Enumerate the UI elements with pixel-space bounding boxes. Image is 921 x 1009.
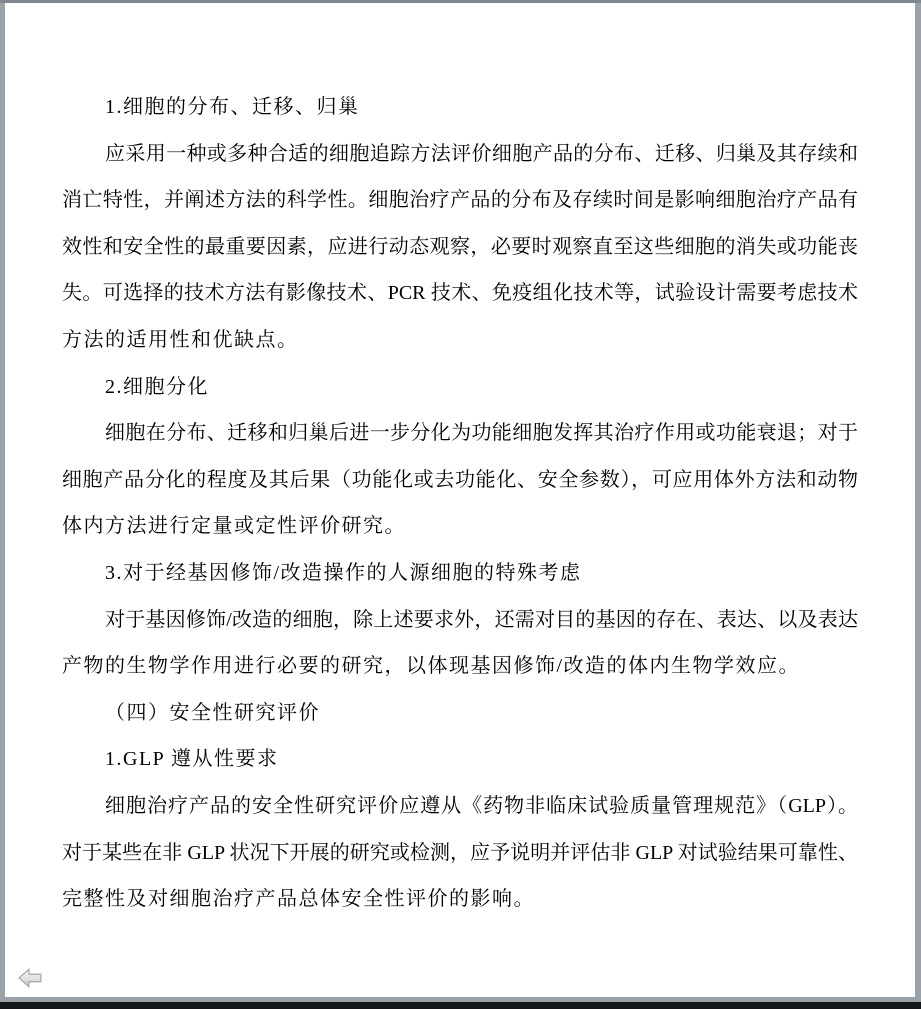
text-line: 1.GLP 遵从性要求 [62, 736, 858, 783]
left-arrow-icon [18, 968, 42, 988]
document-content: 1.细胞的分布、迁移、归巢应采用一种或多种合适的细胞追踪方法评价细胞产品的分布、… [62, 84, 858, 923]
document-page: 1.细胞的分布、迁移、归巢应采用一种或多种合适的细胞追踪方法评价细胞产品的分布、… [5, 3, 915, 997]
text-line: 3.对于经基因修饰/改造操作的人源细胞的特殊考虑 [62, 550, 858, 597]
text-line: 应采用一种或多种合适的细胞追踪方法评价细胞产品的分布、迁移、归巢及其存续和 [62, 131, 858, 178]
text-line: 对于基因修饰/改造的细胞，除上述要求外，还需对目的基因的存在、表达、以及表达 [62, 597, 858, 644]
bottom-bar [0, 1002, 921, 1009]
text-line: 完整性及对细胞治疗产品总体安全性评价的影响。 [62, 876, 858, 923]
text-line: 方法的适用性和优缺点。 [62, 317, 858, 364]
text-line: 对于某些在非 GLP 状况下开展的研究或检测，应予说明并评估非 GLP 对试验结… [62, 830, 858, 877]
text-line: 体内方法进行定量或定性评价研究。 [62, 503, 858, 550]
text-line: 2.细胞分化 [62, 364, 858, 411]
text-line: 消亡特性，并阐述方法的科学性。细胞治疗产品的分布及存续时间是影响细胞治疗产品有 [62, 177, 858, 224]
text-line: 1.细胞的分布、迁移、归巢 [62, 84, 858, 131]
text-line: 失。可选择的技术方法有影像技术、PCR 技术、免疫组化技术等，试验设计需要考虑技… [62, 270, 858, 317]
back-button[interactable] [18, 968, 46, 992]
text-line: 效性和安全性的最重要因素，应进行动态观察，必要时观察直至这些细胞的消失或功能丧 [62, 224, 858, 271]
text-line: 细胞治疗产品的安全性研究评价应遵从《药物非临床试验质量管理规范》（GLP）。 [62, 783, 858, 830]
text-line: 细胞产品分化的程度及其后果（功能化或去功能化、安全参数），可应用体外方法和动物 [62, 457, 858, 504]
text-line: 细胞在分布、迁移和归巢后进一步分化为功能细胞发挥其治疗作用或功能衰退；对于 [62, 410, 858, 457]
text-line: 产物的生物学作用进行必要的研究，以体现基因修饰/改造的体内生物学效应。 [62, 643, 858, 690]
document-viewer: { "window": { "frame_color": "#9ba1a9", … [0, 0, 921, 1009]
text-line: （四）安全性研究评价 [62, 690, 858, 737]
